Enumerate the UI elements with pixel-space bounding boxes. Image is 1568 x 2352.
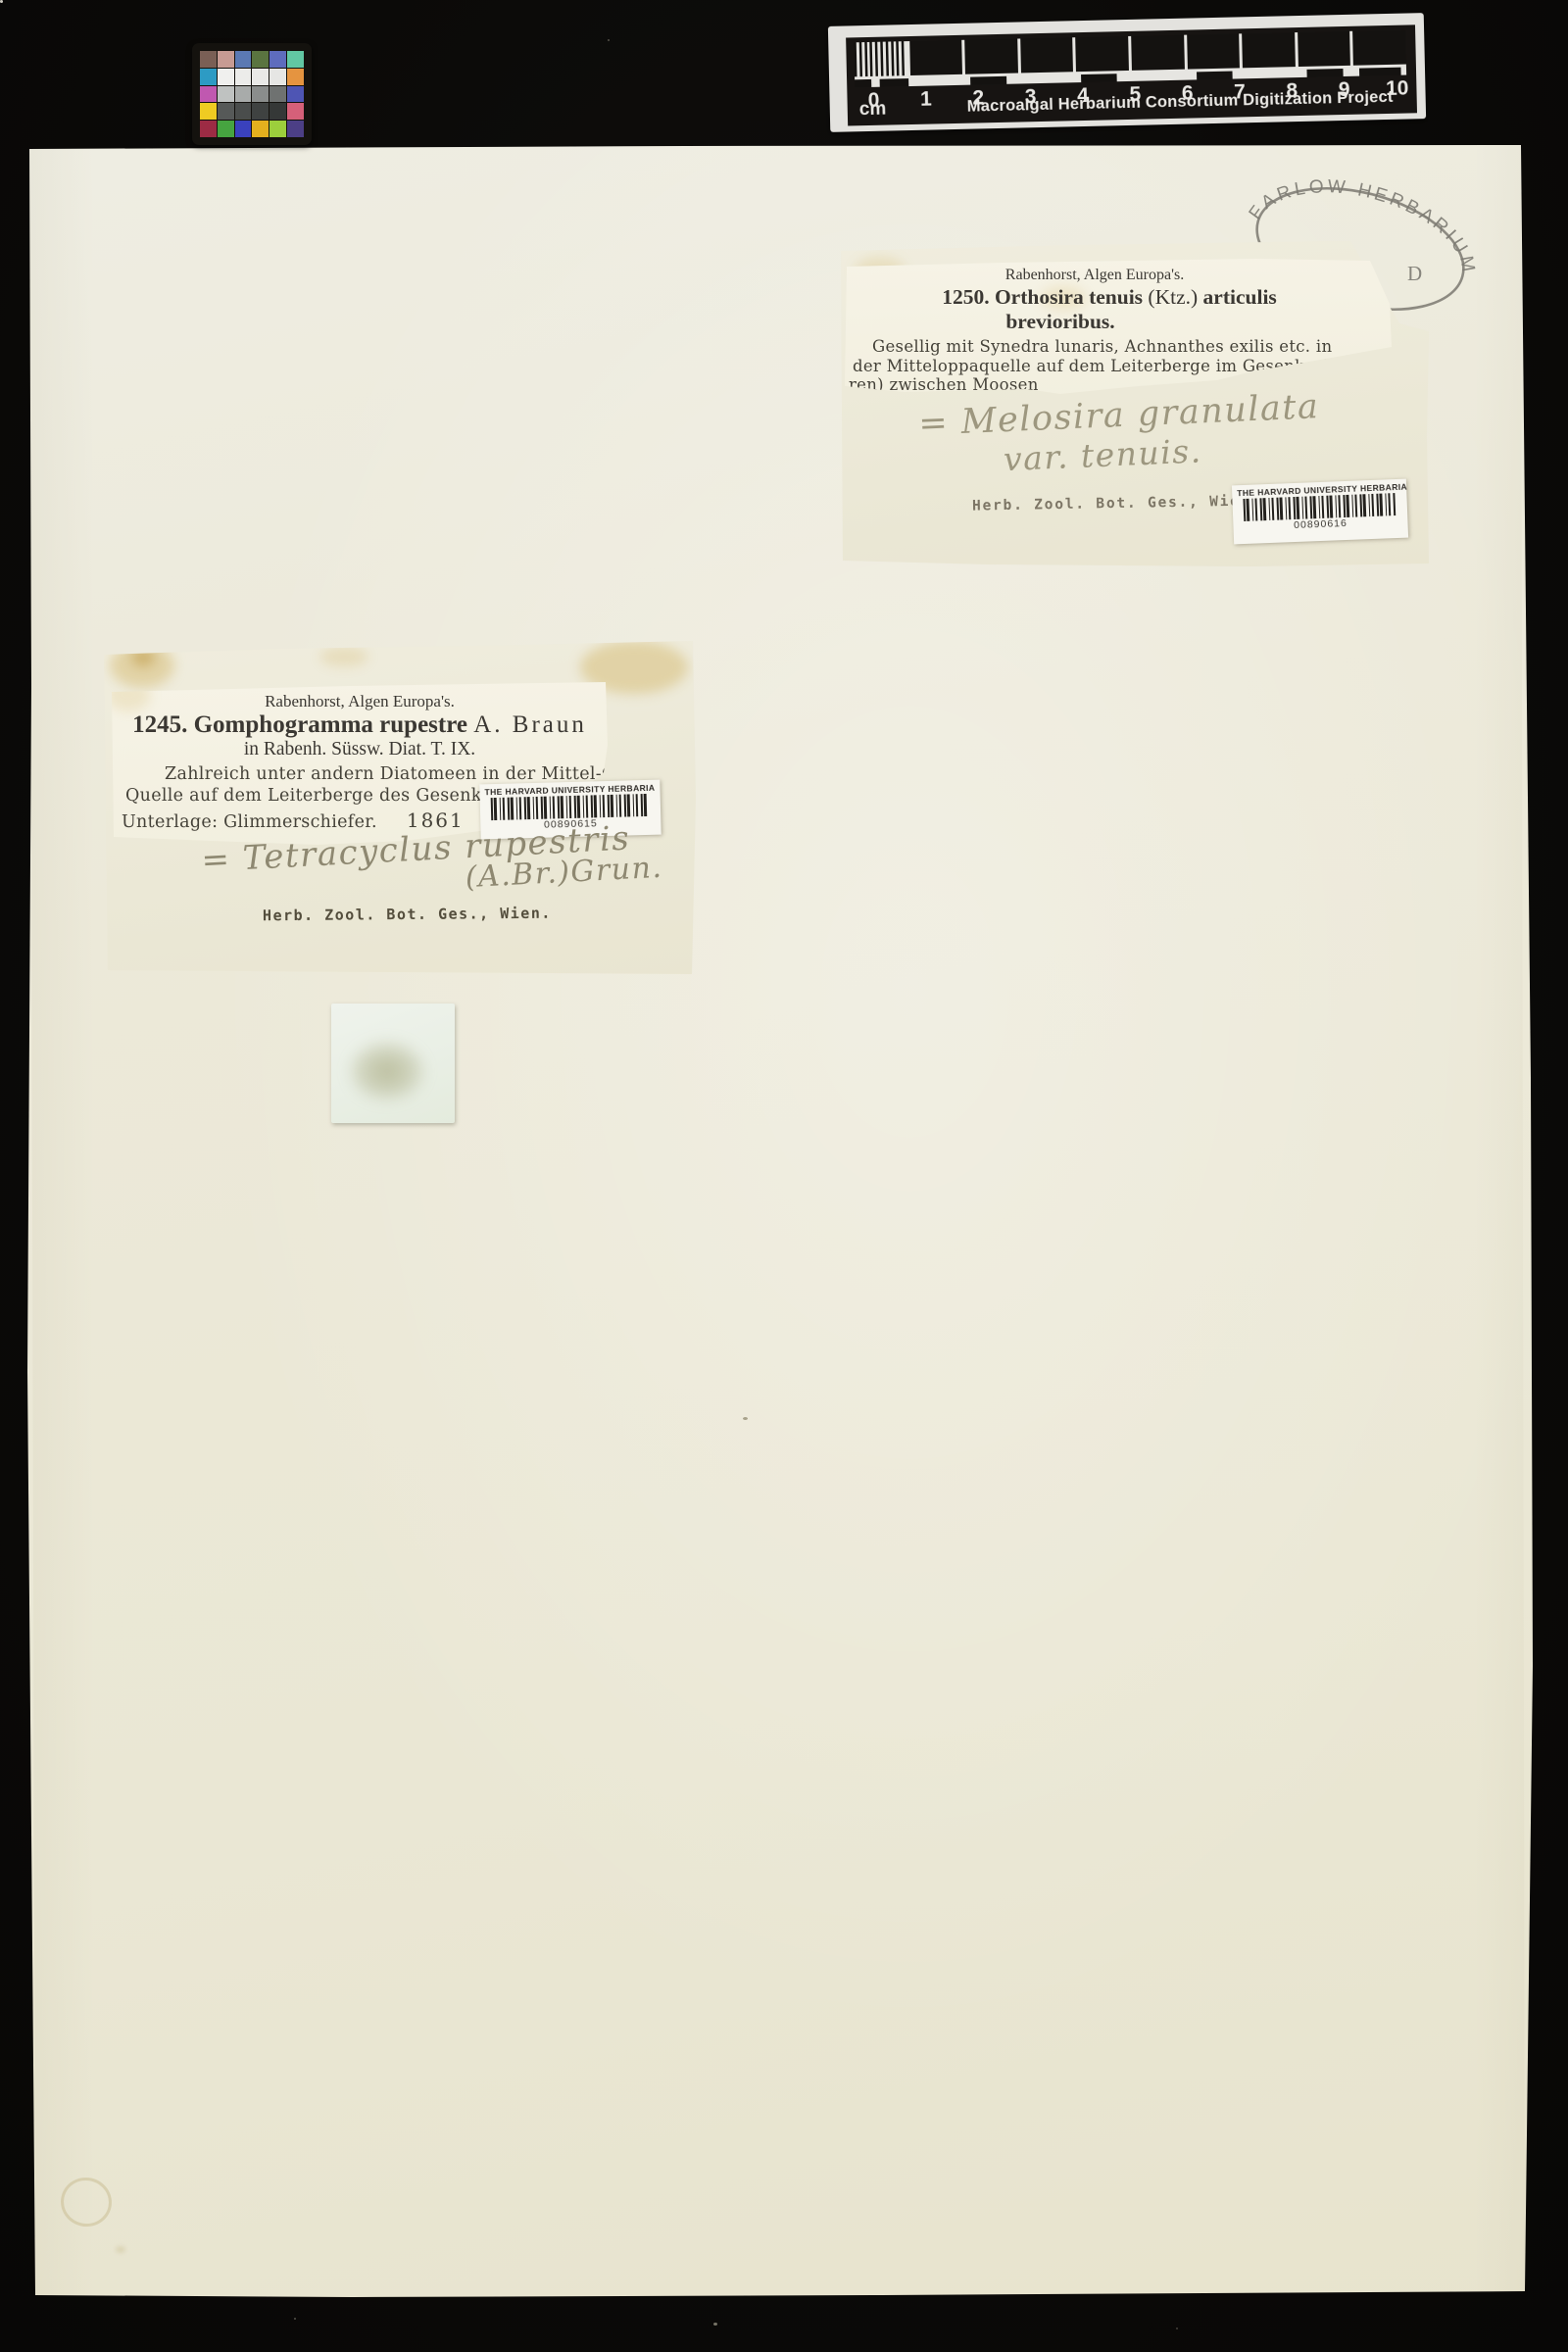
left-herbarium-stamp: Herb. Zool. Bot. Ges., Wien.	[263, 905, 552, 925]
color-patch	[200, 86, 217, 103]
right-barcode-label: THE HARVARD UNIVERSITY HERBARIA 00890616	[1232, 479, 1408, 545]
color-patch-row	[200, 121, 304, 137]
color-patch	[287, 86, 304, 103]
left-label-series: Rabenhorst, Algen Europa's.	[112, 692, 608, 711]
left-label-number: 1245.	[132, 711, 187, 738]
sheet-speck	[743, 1417, 748, 1420]
specimen-blotch	[349, 1041, 425, 1102]
scale-bar-cm-cell	[1076, 36, 1129, 72]
right-label-series: Rabenhorst, Algen Europa's.	[845, 267, 1345, 284]
scale-bar-cm-cell	[1352, 30, 1405, 66]
color-patch	[218, 51, 234, 68]
scale-bar-cm-cell	[1187, 33, 1240, 69]
color-patch	[269, 121, 286, 137]
scale-bar-cm-cell	[1131, 35, 1184, 71]
left-label-citation: in Rabenh. Süssw. Diat. T. IX.	[112, 739, 608, 760]
color-patch	[235, 103, 252, 120]
right-label-authority: (Ktz.)	[1148, 285, 1198, 309]
color-patch-row	[200, 69, 304, 85]
left-label-author: A. Braun	[473, 711, 587, 738]
color-patch	[287, 103, 304, 120]
color-patch-grid	[200, 51, 304, 137]
color-patch	[235, 69, 252, 85]
scale-bar-unit: cm	[859, 99, 887, 122]
right-label-title-line2: brevioribus.	[845, 310, 1276, 334]
color-patch	[269, 69, 286, 85]
right-label-body-line: Gesellig mit Synedra lunaris, Achnanthes…	[872, 337, 1332, 356]
scale-bar-body: 012345678910 cm Macroalgal Herbarium Con…	[846, 24, 1417, 125]
color-patch	[287, 69, 304, 85]
color-patch	[252, 86, 269, 103]
scale-bar-cm-cell	[964, 39, 1017, 74]
right-label-title: 1250. Orthosira tenuis (Ktz.) articulis	[845, 285, 1374, 310]
color-patch	[218, 121, 234, 137]
color-patch	[200, 69, 217, 85]
scale-bar-cm-cell	[1298, 31, 1350, 67]
right-label-number: 1250.	[942, 285, 989, 309]
color-patch	[200, 121, 217, 137]
color-patch	[235, 51, 252, 68]
left-label-body-line: Unterlage: Glimmerschiefer.1861	[122, 808, 465, 832]
specimen-mica-slide	[331, 1004, 455, 1123]
scale-bar-cm-cell	[1242, 32, 1295, 68]
color-patch	[200, 51, 217, 68]
color-patch	[200, 103, 217, 120]
dust-specks-light	[0, 0, 3, 3]
scale-bar-mm-cell	[854, 41, 906, 76]
color-patch	[252, 51, 269, 68]
color-patch-row	[200, 86, 304, 103]
sheet-speck	[713, 2323, 717, 2326]
glue-stain	[319, 647, 368, 666]
stamp-partial-letter: D	[1407, 262, 1422, 285]
scale-bar: 012345678910 cm Macroalgal Herbarium Con…	[828, 13, 1426, 132]
color-patch	[252, 103, 269, 120]
color-patch	[235, 121, 252, 137]
color-calibration-card	[192, 43, 312, 145]
color-patch-row	[200, 103, 304, 120]
color-patch	[287, 121, 304, 137]
color-patch-row	[200, 51, 304, 68]
color-patch	[269, 86, 286, 103]
color-patch	[218, 86, 234, 103]
scale-bar-tick: 1	[915, 87, 938, 111]
scale-bar-cm-cell	[909, 40, 962, 75]
scale-bar-cm-cell	[1020, 37, 1073, 73]
color-patch	[269, 51, 286, 68]
left-label-title: 1245. Gomphogramma rupestre A. Braun	[112, 711, 608, 739]
color-patch	[287, 51, 304, 68]
left-label-taxon: Gomphogramma rupestre	[194, 711, 467, 738]
color-patch	[235, 86, 252, 103]
color-patch	[252, 69, 269, 85]
color-patch	[218, 103, 234, 120]
right-label-taxon: Orthosira tenuis	[995, 285, 1143, 309]
color-patch	[269, 103, 286, 120]
left-label-substrate: Unterlage: Glimmerschiefer.	[122, 812, 377, 832]
color-patch	[218, 69, 234, 85]
right-label-epithet: articulis	[1203, 285, 1277, 309]
stain-dot	[116, 2246, 125, 2253]
color-patch	[252, 121, 269, 137]
